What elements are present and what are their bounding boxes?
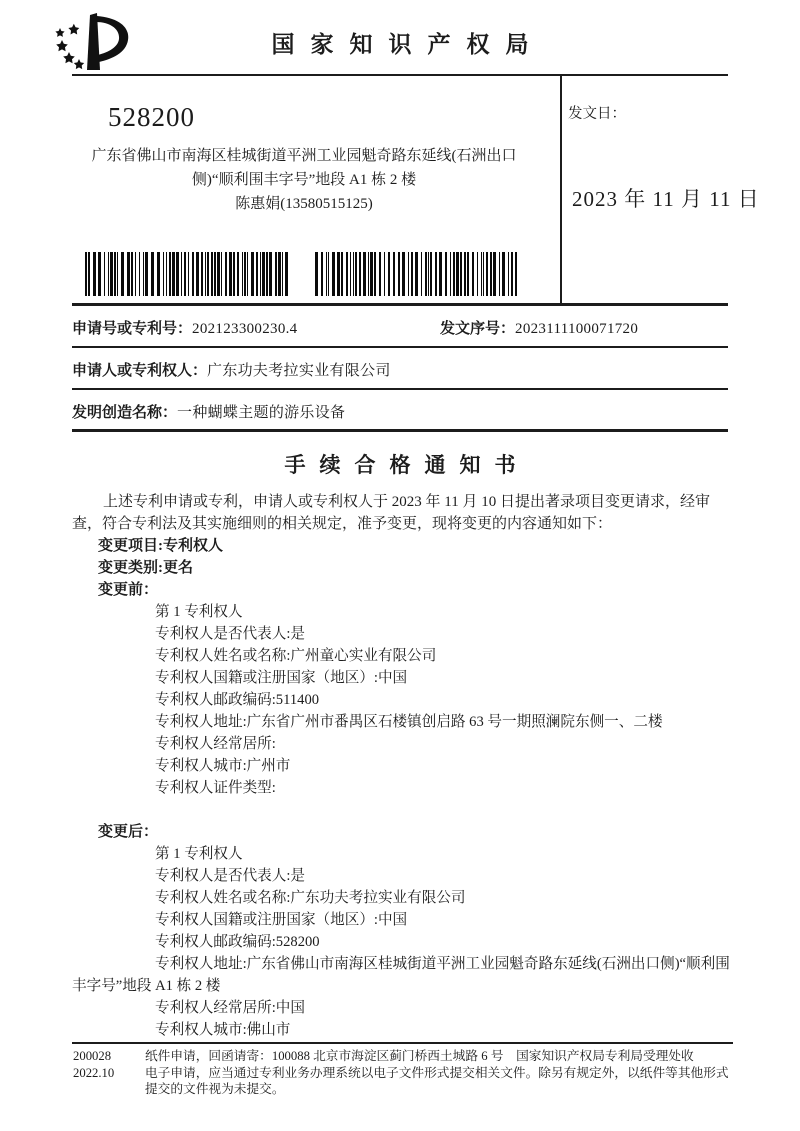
serial-number-label: 发文序号： [440,321,515,337]
detail-line: 专利权人邮政编码:511400 [72,689,731,711]
footer-divider [72,1042,733,1044]
detail-line: 专利权人城市:佛山市 [72,1019,731,1041]
issue-date-label: 发文日： [568,102,626,123]
form-code-block: 200028 2022.10 [73,1048,114,1081]
recipient-address: 广东省佛山市南海区桂城街道平洲工业园魁奇路东延线(石洲出口 侧)“顺利围丰字号”… [78,144,530,216]
electronic-filing-note: 电子申请，应当通过专利业务办理系统以电子文件形式提交相关文件。除另有规定外，以纸… [145,1065,737,1098]
after-change-list: 第 1 专利权人专利权人是否代表人:是专利权人姓名或名称:广东功夫考拉实业有限公… [72,843,731,1041]
address-line-2: 侧)“顺利围丰字号”地段 A1 栋 2 楼 [78,168,530,192]
applicant-label: 申请人或专利权人： [72,363,207,379]
form-date: 2022.10 [73,1065,114,1082]
notice-title: 手续合格通知书 [0,449,800,479]
detail-line: 专利权人姓名或名称:广东功夫考拉实业有限公司 [72,887,731,909]
issue-date-value: 2023 年 11 月 11 日 [572,183,760,213]
barcode-left [85,252,290,296]
detail-line: 专利权人国籍或注册国家（地区）:中国 [72,909,731,931]
invention-title-value: 一种蝴蝶主题的游乐设备 [177,405,345,421]
agency-title: 国家知识产权局 [0,26,800,59]
notice-intro-paragraph: 上述专利申请或专利，申请人或专利权人于 2023 年 11 月 10 日提出著录… [72,491,731,535]
invention-title-label: 发明创造名称： [72,405,177,421]
postal-code: 528200 [108,102,195,133]
headbox-bottom-rule [72,303,728,306]
detail-line: 专利权人国籍或注册国家（地区）:中国 [72,667,731,689]
application-number-row: 申请号或专利号：202123300230.4 发文序号：202311110007… [72,317,728,338]
detail-line: 专利权人邮政编码:528200 [72,931,731,953]
detail-line: 专利权人是否代表人:是 [72,623,731,645]
applicant-value: 广东功夫考拉实业有限公司 [207,363,391,379]
header-divider [72,74,728,76]
before-change-list: 第 1 专利权人专利权人是否代表人:是专利权人姓名或名称:广州童心实业有限公司专… [72,601,731,799]
change-type-line: 变更类别:更名 [72,557,731,579]
invention-title-row: 发明创造名称：一种蝴蝶主题的游乐设备 [72,401,728,422]
detail-line: 专利权人城市:广州市 [72,755,731,777]
notice-body: 上述专利申请或专利，申请人或专利权人于 2023 年 11 月 10 日提出著录… [72,491,731,1041]
detail-line: 专利权人是否代表人:是 [72,865,731,887]
headbox-vertical-divider [560,76,562,304]
detail-line: 第 1 专利权人 [72,843,731,865]
paper-filing-note: 纸件申请，回函请寄：100088 北京市海淀区蓟门桥西土城路 6 号 国家知识产… [145,1048,737,1065]
detail-line: 专利权人经常居所:中国 [72,997,731,1019]
detail-line: 专利权人地址:广东省广州市番禺区石楼镇创启路 63 号一期照澜院东侧一、二楼 [72,711,731,733]
detail-line: 第 1 专利权人 [72,601,731,623]
form-code: 200028 [73,1048,114,1065]
notification-document: 国家知识产权局 528200 广东省佛山市南海区桂城街道平洲工业园魁奇路东延线(… [0,0,800,1131]
detail-line: 专利权人姓名或名称:广州童心实业有限公司 [72,645,731,667]
detail-line: 专利权人经常居所: [72,733,731,755]
recipient-name-phone: 陈惠娟(13580515125) [78,192,530,216]
footer-notes: 纸件申请，回函请寄：100088 北京市海淀区蓟门桥西土城路 6 号 国家知识产… [145,1048,737,1098]
before-change-label: 变更前： [72,579,731,601]
application-number-label: 申请号或专利号： [72,321,192,337]
address-line-1: 广东省佛山市南海区桂城街道平洲工业园魁奇路东延线(石洲出口 [78,144,530,168]
row-divider-2 [72,388,728,390]
row-divider-3 [72,429,728,432]
barcode-right [315,252,520,296]
serial-number-value: 2023111100071720 [515,321,638,337]
row-divider-1 [72,346,728,348]
detail-line: 专利权人证件类型: [72,777,731,799]
applicant-row: 申请人或专利权人：广东功夫考拉实业有限公司 [72,359,728,380]
after-change-label: 变更后： [72,821,731,843]
change-item-line: 变更项目:专利权人 [72,535,731,557]
footer: 200028 2022.10 纸件申请，回函请寄：100088 北京市海淀区蓟门… [72,1048,737,1098]
detail-line: 专利权人地址:广东省佛山市南海区桂城街道平洲工业园魁奇路东延线(石洲出口侧)“顺… [72,953,731,997]
application-number-value: 202123300230.4 [192,321,297,337]
